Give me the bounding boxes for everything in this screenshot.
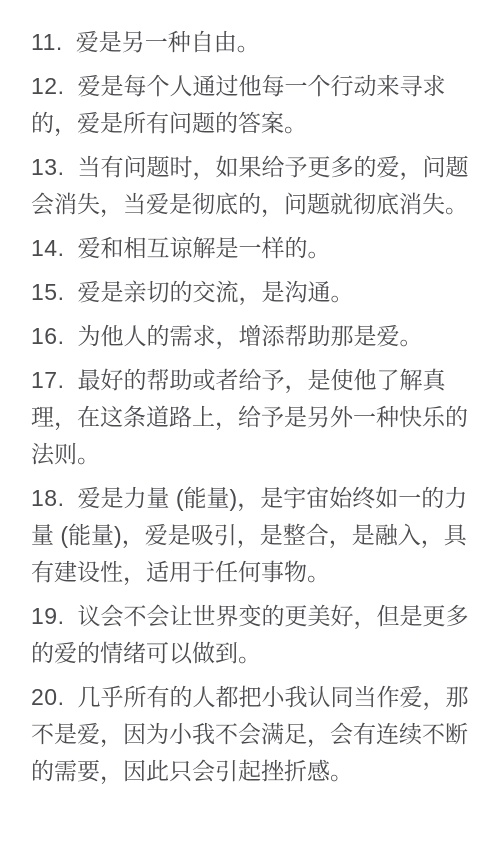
item-text: 爱是另一种自由。: [76, 29, 260, 55]
item-number: 14.: [31, 235, 64, 261]
list-item: 13.当有问题时，如果给予更多的爱，问题 会消失，当爱是彻底的，问题就彻底消失。: [31, 149, 470, 223]
item-number: 13.: [31, 154, 64, 180]
list-item: 17.最好的帮助或者给予，是使他了解真 理，在这条道路上，给予是另外一种快乐的 …: [31, 362, 470, 473]
quote-page: 11.爱是另一种自由。 12.爱是每个人通过他每一个行动来寻求 的，爱是所有问题…: [0, 0, 500, 845]
list-item: 12.爱是每个人通过他每一个行动来寻求 的，爱是所有问题的答案。: [31, 68, 470, 142]
list-item: 16.为他人的需求，增添帮助那是爱。: [31, 318, 470, 355]
item-text: 爱是每个人通过他每一个行动来寻求 的，爱是所有问题的答案。: [31, 73, 445, 136]
list-item: 15.爱是亲切的交流，是沟通。: [31, 274, 470, 311]
item-text: 爱是力量 (能量)，是宇宙始终如一的力 量 (能量)，爱是吸引，是整合，是融入，…: [31, 485, 467, 585]
item-number: 12.: [31, 73, 64, 99]
item-number: 15.: [31, 279, 64, 305]
item-text: 当有问题时，如果给予更多的爱，问题 会消失，当爱是彻底的，问题就彻底消失。: [31, 154, 468, 217]
list-item: 14.爱和相互谅解是一样的。: [31, 230, 470, 267]
item-number: 11.: [31, 29, 63, 55]
list-item: 18.爱是力量 (能量)，是宇宙始终如一的力 量 (能量)，爱是吸引，是整合，是…: [31, 480, 470, 591]
list-item: 11.爱是另一种自由。: [31, 24, 470, 61]
quote-list: 11.爱是另一种自由。 12.爱是每个人通过他每一个行动来寻求 的，爱是所有问题…: [31, 24, 470, 790]
item-number: 20.: [31, 684, 64, 710]
item-number: 19.: [31, 603, 64, 629]
list-item: 19.议会不会让世界变的更美好，但是更多 的爱的情绪可以做到。: [31, 598, 470, 672]
item-text: 议会不会让世界变的更美好，但是更多 的爱的情绪可以做到。: [31, 603, 468, 666]
item-number: 17.: [31, 367, 64, 393]
list-item: 20.几乎所有的人都把小我认同当作爱，那 不是爱，因为小我不会满足，会有连续不断…: [31, 679, 470, 790]
item-text: 爱和相互谅解是一样的。: [77, 235, 330, 261]
item-number: 16.: [31, 323, 64, 349]
item-number: 18.: [31, 485, 64, 511]
item-text: 为他人的需求，增添帮助那是爱。: [77, 323, 422, 349]
item-text: 最好的帮助或者给予，是使他了解真 理，在这条道路上，给予是另外一种快乐的 法则。: [31, 367, 468, 467]
item-text: 爱是亲切的交流，是沟通。: [77, 279, 353, 305]
item-text: 几乎所有的人都把小我认同当作爱，那 不是爱，因为小我不会满足，会有连续不断 的需…: [31, 684, 468, 784]
